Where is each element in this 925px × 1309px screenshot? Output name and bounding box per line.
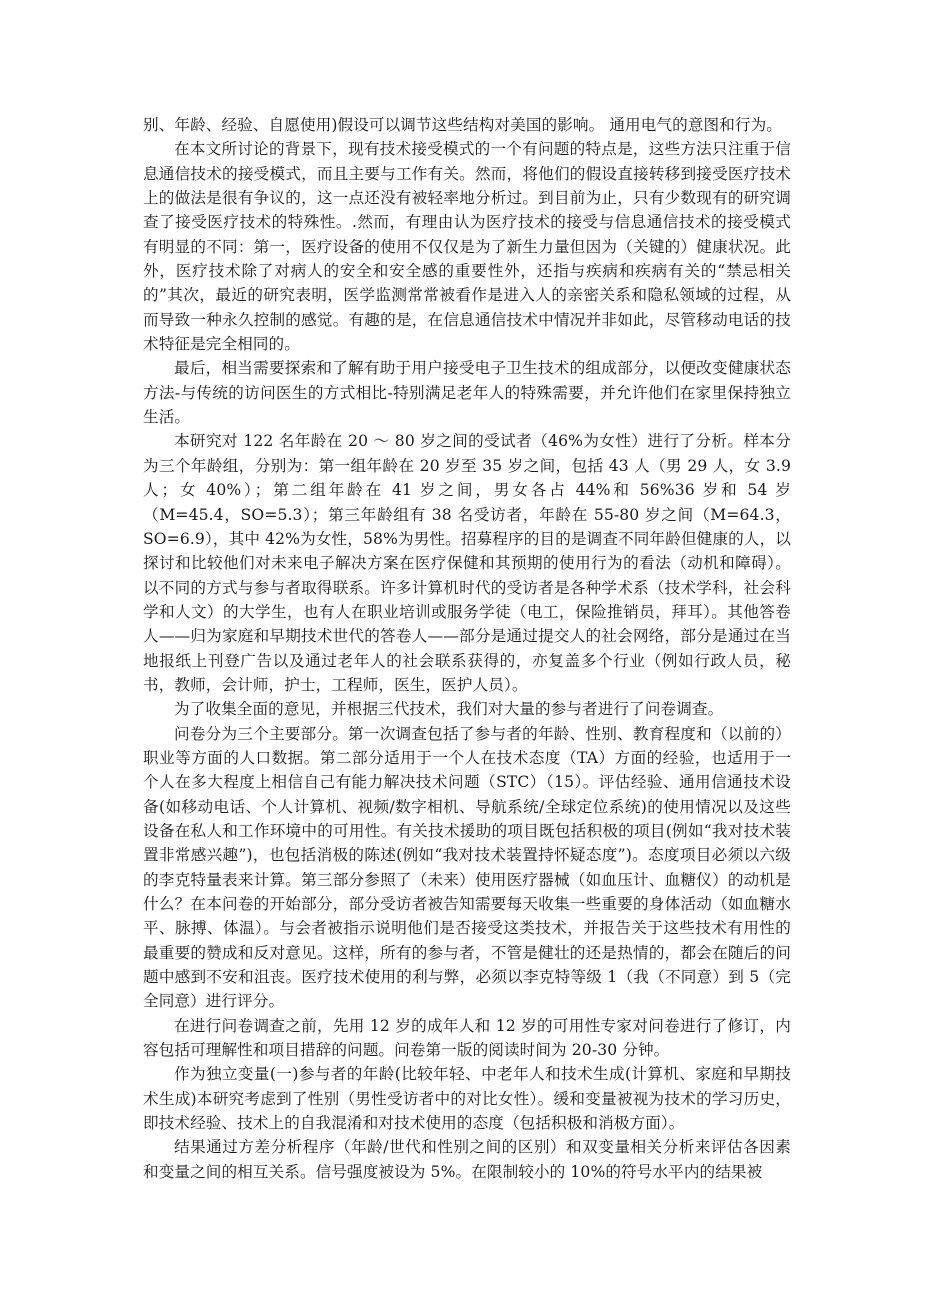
paragraph-analysis: 结果通过方差分析程序（年龄/世代和性别之间的区别）和双变量相关分析来评估各因素和… xyxy=(143,1135,791,1184)
paragraph-tam-critique: 在本文所讨论的背景下，现有技术接受模式的一个有问题的特点是，这些方法只注重于信息… xyxy=(143,137,791,356)
paragraph-continued: 别、年龄、经验、自愿使用)假设可以调节这些结构对美国的影响。 通用电气的意图和行… xyxy=(143,113,791,137)
paragraph-variables: 作为独立变量(一)参与者的年龄(比较年轻、中老年人和技术生成(计算机、家庭和早期… xyxy=(143,1062,791,1135)
paragraph-pretest: 在进行问卷调查之前，先用 12 岁的成年人和 12 岁的可用性专家对问卷进行了修… xyxy=(143,1014,791,1063)
paragraph-survey-intro: 为了收集全面的意见，并根据三代技术，我们对大量的参与者进行了问卷调查。 xyxy=(143,697,791,721)
paragraph-ehealth-components: 最后，相当需要探索和了解有助于用户接受电子卫生技术的组成部分，以便改变健康状态方… xyxy=(143,356,791,429)
paragraph-questionnaire-structure: 问卷分为三个主要部分。第一次调查包括了参与者的年龄、性别、教育程度和（以前的）职… xyxy=(143,722,791,1014)
document-page: 别、年龄、经验、自愿使用)假设可以调节这些结构对美国的影响。 通用电气的意图和行… xyxy=(143,113,791,1184)
paragraph-sample-description: 本研究对 122 名年龄在 20 ～ 80 岁之间的受试者（46%为女性）进行了… xyxy=(143,429,791,697)
